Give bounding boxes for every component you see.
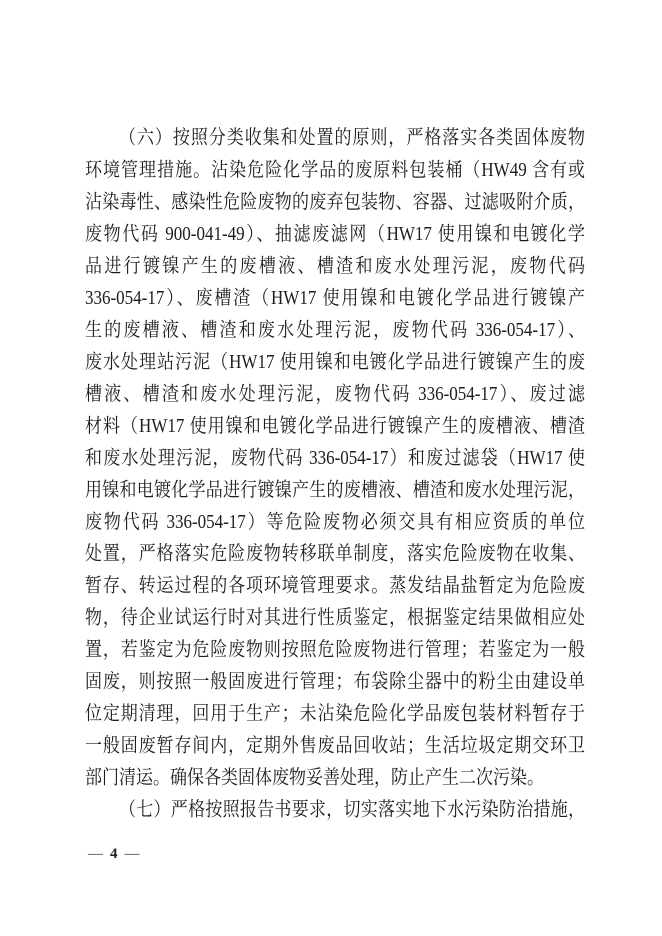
footer-left-dash: — [88,844,103,864]
document-line: （七）严格按照报告书要求，切实落实地下水污染防治措施， [85,792,585,829]
page-number: 4 [110,844,118,864]
document-page: （六）按照分类收集和处置的原则，严格落实各类固体废物 环境管理措施。沾染危险化学… [0,0,662,936]
document-body: （六）按照分类收集和处置的原则，严格落实各类固体废物 环境管理措施。沾染危险化学… [85,122,585,826]
footer-right-dash: — [125,844,140,864]
page-footer: — 4 — [88,844,140,864]
